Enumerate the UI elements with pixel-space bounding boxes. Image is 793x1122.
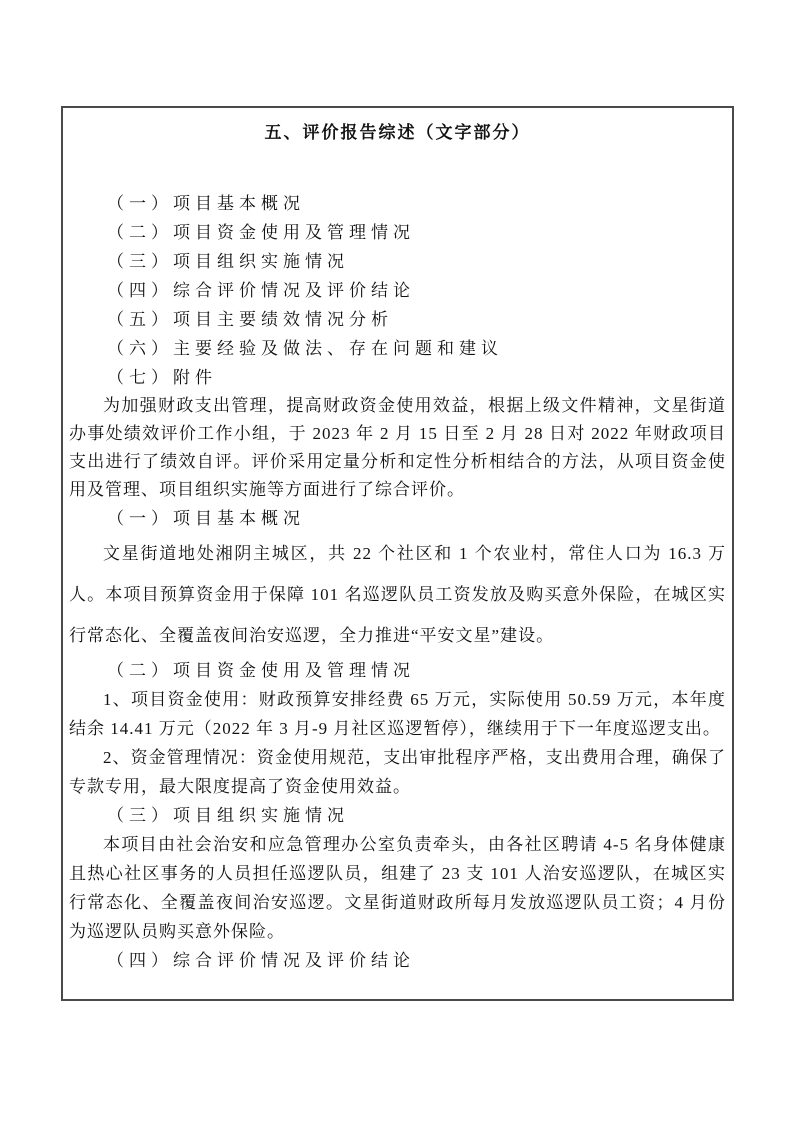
toc-item-1: （一）项目基本概况 [69,189,726,218]
toc-item-6: （六）主要经验及做法、存在问题和建议 [69,334,726,363]
toc-list: （一）项目基本概况 （二）项目资金使用及管理情况 （三）项目组织实施情况 （四）… [69,189,726,392]
section-2-paragraph-1: 1、项目资金使用：财政预算安排经费 65 万元，实际使用 50.59 万元，本年… [69,685,726,743]
section-1-paragraph: 文星街道地处湘阴主城区，共 22 个社区和 1 个农业村，常住人口为 16.3 … [69,533,726,656]
section-2-heading: （二）项目资金使用及管理情况 [69,656,726,685]
toc-item-5: （五）项目主要绩效情况分析 [69,305,726,334]
section-2-paragraph-2: 2、资金管理情况：资金使用规范，支出审批程序严格，支出费用合理，确保了专款专用，… [69,743,726,801]
section-3-heading: （三）项目组织实施情况 [69,801,726,830]
document-page: 五、评价报告综述（文字部分） （一）项目基本概况 （二）项目资金使用及管理情况 … [0,0,793,1122]
toc-item-2: （二）项目资金使用及管理情况 [69,218,726,247]
toc-item-3: （三）项目组织实施情况 [69,247,726,276]
intro-paragraph: 为加强财政支出管理，提高财政资金使用效益，根据上级文件精神，文星街道办事处绩效评… [69,392,726,504]
report-title: 五、评价报告综述（文字部分） [69,121,726,145]
report-table-cell: 五、评价报告综述（文字部分） （一）项目基本概况 （二）项目资金使用及管理情况 … [61,106,734,1001]
section-3-paragraph: 本项目由社会治安和应急管理办公室负责牵头，由各社区聘请 4-5 名身体健康且热心… [69,830,726,946]
toc-item-4: （四）综合评价情况及评价结论 [69,276,726,305]
toc-item-7: （七）附件 [69,363,726,392]
section-4-heading: （四）综合评价情况及评价结论 [69,946,726,975]
section-1-heading: （一）项目基本概况 [69,504,726,533]
